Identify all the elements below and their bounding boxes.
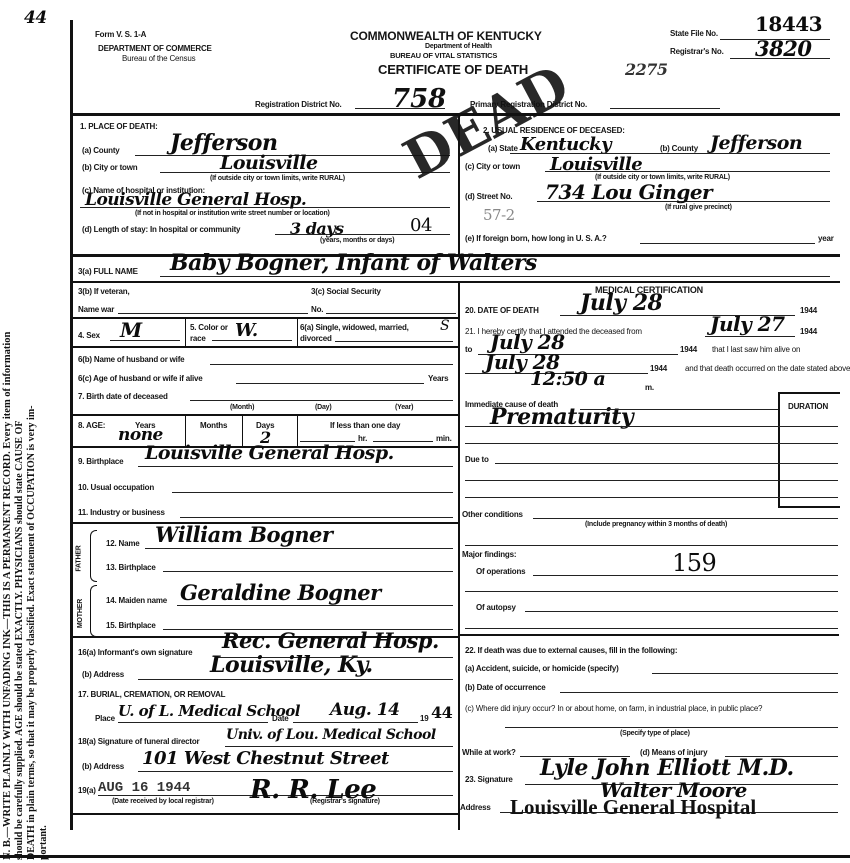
pod-county-label: (a) County xyxy=(82,146,120,155)
war-label: Name war xyxy=(78,305,114,314)
race-value: W. xyxy=(235,320,258,341)
res-city-value: Louisville xyxy=(550,154,642,175)
director-address-label: (b) Address xyxy=(82,762,124,771)
form-inner-bottom xyxy=(70,813,460,815)
primary-district-line xyxy=(610,108,720,109)
vital-stats: BUREAU OF VITAL STATISTICS xyxy=(390,51,497,60)
to-label: to xyxy=(465,345,472,354)
spouse-age-line xyxy=(236,383,424,384)
center-divider-bottom xyxy=(458,282,460,830)
margin-line-3: DEATH in plain terms, so that it may be … xyxy=(26,0,38,860)
occurrence-line xyxy=(560,692,838,693)
ssn-label: 3(c) Social Security xyxy=(311,287,381,296)
funeral-director-value: Univ. of Lou. Medical School xyxy=(226,727,436,743)
race-marital-divider xyxy=(297,318,298,346)
spouse-age-unit: Years xyxy=(428,374,448,383)
res-foreign-line xyxy=(640,243,815,244)
director-address-line xyxy=(138,771,453,772)
state-file-value: 18443 xyxy=(755,12,822,36)
section-divider-5 xyxy=(70,414,459,416)
pod-hospital-value: Louisville General Hosp. xyxy=(85,190,306,210)
death-time-suffix: m. xyxy=(645,383,654,392)
director-address-value: 101 West Chestnut Street xyxy=(142,748,389,769)
form-number: Form V. S. 1-A xyxy=(95,30,146,39)
margin-line-2: should be carefully supplied. AGE should… xyxy=(14,0,26,860)
mother-birthplace-label: 15. Birthplace xyxy=(106,621,156,630)
where-injury-label: (c) Where did injury occur? In or about … xyxy=(465,702,835,715)
autopsy-label: Of autopsy xyxy=(476,603,516,612)
informant-address-line xyxy=(138,679,453,680)
funeral-director-line xyxy=(225,746,453,747)
pod-stay-label: (d) Length of stay: In hospital or commu… xyxy=(82,225,240,234)
birthplace-label: 9. Birthplace xyxy=(78,457,123,466)
burial-date-label: Date xyxy=(272,714,289,723)
birthplace-value: Louisville General Hosp. xyxy=(145,442,394,464)
res-pencil-note: 57-2 xyxy=(483,206,515,224)
other-conditions-label: Other conditions xyxy=(462,510,523,519)
duration-label: DURATION xyxy=(788,402,828,411)
occupation-label: 10. Usual occupation xyxy=(78,483,154,492)
other-conditions-line xyxy=(533,518,838,519)
birth-date-label: 7. Birth date of deceased xyxy=(78,392,168,401)
bureau-name: Bureau of the Census xyxy=(122,54,195,63)
department-name: DEPARTMENT OF COMMERCE xyxy=(98,44,212,53)
attended-to-year: 1944 xyxy=(680,345,697,354)
occupation-line xyxy=(172,492,453,493)
informant-address-label: (b) Address xyxy=(82,670,124,679)
res-street-note: (If rural give precinct) xyxy=(665,204,732,211)
place-type-note: (Specify type of place) xyxy=(620,730,690,737)
state-title: COMMONWEALTH OF KENTUCKY xyxy=(350,29,542,43)
res-street-value: 734 Lou Ginger xyxy=(545,180,712,204)
signature-label: 23. Signature xyxy=(465,775,513,784)
father-name-value: William Bogner xyxy=(155,522,332,547)
age-less-label: If less than one day xyxy=(330,421,400,430)
sex-value: M xyxy=(120,318,142,342)
pod-city-value: Louisville xyxy=(220,152,318,174)
date-death-year: 1944 xyxy=(800,306,817,315)
res-foreign-unit: year xyxy=(818,234,834,243)
full-name-line xyxy=(160,276,830,277)
other-conditions-note: (Include pregnancy within 3 months of de… xyxy=(585,521,727,528)
marital-line xyxy=(335,341,453,342)
father-birthplace-line xyxy=(163,571,453,572)
res-foreign-label: (e) If foreign born, how long in U. S. A… xyxy=(465,234,607,243)
informant-signature-value: Rec. General Hosp. xyxy=(222,628,439,653)
where-injury-line xyxy=(505,727,838,728)
cause-line-3 xyxy=(465,443,838,444)
war-line xyxy=(118,313,308,314)
ssn-no-label: No. xyxy=(311,305,323,314)
birth-month-note: (Month) xyxy=(230,404,254,411)
mother-bracket xyxy=(90,585,97,637)
state-file-label: State File No. xyxy=(670,29,718,38)
attended-from-line xyxy=(705,336,795,337)
age-months-label: Months xyxy=(200,421,227,430)
margin-line-1: N. B.—WRITE PLAINLY WITH UNFADING INK—TH… xyxy=(2,0,14,860)
father-name-line xyxy=(145,548,453,549)
veteran-label: 3(b) If veteran, xyxy=(78,287,129,296)
operations-value: 159 xyxy=(672,549,716,577)
mother-tag: MOTHER xyxy=(77,599,84,628)
date-death-label: 20. DATE OF DEATH xyxy=(465,306,539,315)
birthplace-line xyxy=(138,466,453,467)
major-findings-label: Major findings: xyxy=(462,550,516,559)
age-min-label: min. xyxy=(436,434,452,443)
sex-race-divider xyxy=(185,318,186,346)
mother-name-value: Geraldine Bogner xyxy=(180,580,381,605)
external-divider xyxy=(459,634,839,636)
registration-district-label: Registration District No. xyxy=(255,100,342,109)
section-divider-2 xyxy=(70,281,840,283)
marital-value: S xyxy=(440,318,449,334)
accident-line xyxy=(652,673,838,674)
pod-stay-value: 3 days xyxy=(290,219,344,238)
informant-signature-label: 16(a) Informant's own signature xyxy=(78,648,192,657)
cause-line-4 xyxy=(465,480,838,481)
father-birthplace-label: 13. Birthplace xyxy=(106,563,156,572)
spouse-age-label: 6(c) Age of husband or wife if alive xyxy=(78,374,203,383)
registrar-no-value: 3820 xyxy=(755,36,811,61)
res-county-label: (b) County xyxy=(660,144,698,153)
informant-address-value: Louisville, Ky. xyxy=(210,652,373,678)
cause-line-1 xyxy=(580,409,778,410)
margin-instructions: N. B.—WRITE PLAINLY WITH UNFADING INK—TH… xyxy=(2,0,50,860)
spouse-name-label: 6(b) Name of husband or wife xyxy=(78,355,184,364)
margin-line-4: portant. xyxy=(38,0,50,860)
burial-place-line xyxy=(118,722,268,723)
occurrence-label: (b) Date of occurrence xyxy=(465,683,546,692)
section-divider-4 xyxy=(70,346,459,348)
received-date-stamp: AUG 16 1944 xyxy=(98,780,190,796)
burial-date-value: Aug. 14 xyxy=(330,700,399,720)
registrar-no-label: Registrar's No. xyxy=(670,47,724,56)
father-bracket xyxy=(90,530,97,582)
res-county-value: Jefferson xyxy=(710,132,802,154)
while-at-work-label: While at work? xyxy=(462,748,516,757)
pod-city-note: (If outside city or town limits, write R… xyxy=(210,175,345,182)
findings-bottom-line xyxy=(465,628,838,629)
received-note: (Date received by local registrar) xyxy=(112,798,214,805)
pod-stay-note: (years, months or days) xyxy=(320,237,394,244)
accident-label: (a) Accident, suicide, or homicide (spec… xyxy=(465,664,619,673)
birth-year-note: (Year) xyxy=(395,404,413,411)
last-seen-label: that I last saw him alive on xyxy=(712,345,800,354)
father-tag: FATHER xyxy=(76,545,83,571)
occurred-label: and that death occurred on the date stat… xyxy=(685,364,835,373)
place-of-death-heading: 1. PLACE OF DEATH: xyxy=(80,122,158,131)
industry-line xyxy=(180,517,453,518)
physician-address-stamp: Louisville General Hospital xyxy=(510,795,756,820)
death-time-value: 12:50 a xyxy=(530,368,605,390)
autopsy-line xyxy=(525,611,838,612)
burial-year-value: 44 xyxy=(431,703,452,722)
full-name-label: 3(a) FULL NAME xyxy=(78,267,138,276)
received-label: 19(a) xyxy=(78,786,96,795)
full-name-value: Baby Bogner, Infant of Walters xyxy=(170,250,537,276)
industry-label: 11. Industry or business xyxy=(78,508,165,517)
last-seen-year: 1944 xyxy=(650,364,667,373)
external-causes-label: 22. If death was due to external causes,… xyxy=(465,646,677,655)
pod-stay-extra: 04 xyxy=(410,215,432,236)
date-death-value: July 28 xyxy=(580,290,662,316)
cause-line-5 xyxy=(465,497,838,498)
form-left-border xyxy=(70,20,73,830)
father-name-label: 12. Name xyxy=(106,539,140,548)
stamp-number: 2275 xyxy=(625,60,668,79)
operations-label: Of operations xyxy=(476,567,525,576)
mother-name-line xyxy=(177,605,453,606)
findings-top-line xyxy=(465,545,838,546)
attended-from-value: July 27 xyxy=(710,312,785,336)
burial-place-label: Place xyxy=(95,714,115,723)
pod-hospital-note: (If not in hospital or institution write… xyxy=(135,210,330,217)
findings-mid-line xyxy=(465,591,838,592)
sex-label: 4. Sex xyxy=(78,331,100,340)
birth-date-line xyxy=(190,400,453,401)
funeral-director-label: 18(a) Signature of funeral director xyxy=(78,737,199,746)
form-bottom-border xyxy=(0,855,850,858)
burial-year-prefix: 19 xyxy=(420,714,429,723)
attended-from-year: 1944 xyxy=(800,327,817,336)
cause-line-2 xyxy=(465,426,838,427)
burial-heading: 17. BURIAL, CREMATION, OR REMOVAL xyxy=(78,690,225,699)
res-state-value: Kentucky xyxy=(520,134,611,155)
due-to-label: Due to xyxy=(465,455,489,464)
burial-date-line xyxy=(293,722,418,723)
physician-address-label: Address xyxy=(460,803,491,812)
mother-name-label: 14. Maiden name xyxy=(106,596,167,605)
birth-day-note: (Day) xyxy=(315,404,332,411)
ssn-line xyxy=(326,313,456,314)
pod-city-label: (b) City or town xyxy=(82,163,137,172)
age-label: 8. AGE: xyxy=(78,421,105,430)
spouse-name-line xyxy=(210,364,453,365)
dept-health: Department of Health xyxy=(425,43,492,50)
res-street-label: (d) Street No. xyxy=(465,192,512,201)
registrar-note: (Registrar's signature) xyxy=(310,798,380,805)
due-to-line xyxy=(495,463,838,464)
